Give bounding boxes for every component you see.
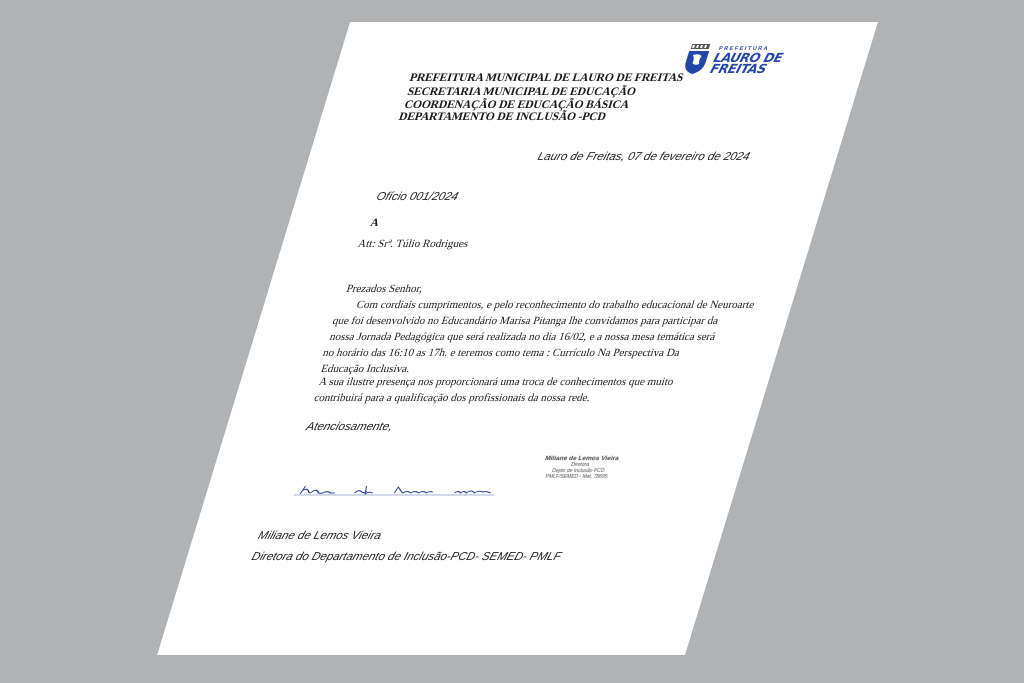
reference-number: Ofício 001/2024 (375, 191, 460, 203)
header-line-2: SECRETARIA MUNICIPAL DE EDUCAÇÃO (406, 86, 638, 99)
paragraph-2-line: A sua ilustre presença nos proporcionará… (317, 374, 676, 390)
letter-page: PREFEITURA MUNICIPAL DE LAURO DE FREITAS… (157, 22, 878, 655)
recipient-prefix: A (368, 215, 381, 231)
paragraph-2-line: contribuirá para a qualificação dos prof… (312, 390, 593, 406)
paragraph-1-line: no horário das 16:10 as 17h. e teremos c… (321, 345, 682, 361)
paragraph-1-line: nossa Jornada Pedagógica que será realiz… (328, 329, 718, 345)
signer-title: Diretora do Departamento de Inclusão-PCD… (250, 551, 562, 563)
header-line-4: DEPARTAMENTO DE INCLUSÃO -PCD (397, 111, 608, 124)
attention-line: Att: Srª. Túlio Rodrigues (356, 236, 471, 252)
paragraph-1-line: Com cordiais cumprimentos, e pelo reconh… (354, 297, 756, 313)
handwritten-signature-icon (293, 482, 498, 498)
stamp-name: Miliane de Lemos Vieira (535, 455, 629, 462)
closing: Atenciosamente, (305, 421, 394, 433)
logo-name: LAURO DE FREITAS (709, 52, 784, 74)
official-stamp: Miliane de Lemos Vieira Diretora Depto d… (529, 455, 629, 480)
signer-name: Miliane de Lemos Vieira (257, 530, 383, 542)
paragraph-1-line: que foi desenvolvido no Educandário Mari… (330, 313, 720, 329)
stamp-org: PMLF/SEMED - Mat. 78695 (529, 474, 623, 480)
header-line-1: PREFEITURA MUNICIPAL DE LAURO DE FREITAS (408, 72, 685, 85)
salutation: Prezados Senhor, (344, 281, 425, 297)
municipality-logo: PREFEITURA LAURO DE FREITAS (677, 40, 790, 82)
date-line: Lauro de Freitas, 07 de fevereiro de 202… (536, 151, 751, 163)
municipal-crest-icon (681, 44, 712, 74)
